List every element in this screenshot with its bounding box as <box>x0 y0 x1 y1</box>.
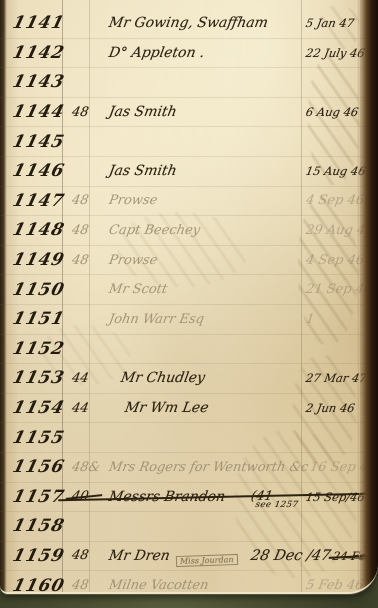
ledger-row: 116048Milne Vacotten5 Feb 46 <box>0 571 378 594</box>
name-cell: Prowse <box>99 253 304 268</box>
ledger-row: 115344Mr Chudley27 Mar 47 <box>0 364 378 394</box>
row-number: 1156 <box>0 457 70 477</box>
row-number: 1160 <box>0 576 70 594</box>
ledger-row: 115740Messrs Brandon(41see 125715 Sep/46 <box>0 483 378 513</box>
name-text: Mr Gowing, Swaffham <box>108 15 270 31</box>
name-cell: Jas Smith <box>99 104 304 120</box>
ledger-row: 1145 <box>0 127 378 157</box>
page-edge-highlight <box>359 0 360 592</box>
name-text: Capt Beechey <box>108 223 202 238</box>
name-cell: D° Appleton . <box>99 45 304 61</box>
ledger-row: 1151John Warr Esq1 <box>0 305 378 335</box>
ref-number: 44 <box>67 401 101 416</box>
ledger-row: 114948Prowse4 Sep 46 <box>0 246 378 276</box>
ref-number: 48 <box>67 253 101 268</box>
ref-number: 48 <box>67 193 101 208</box>
row-number: 1146 <box>0 161 70 181</box>
name-text: Mr Wm Lee <box>124 400 210 416</box>
row-number: 1144 <box>0 102 70 122</box>
ledger-row: 1146Jas Smith15 Aug 46 <box>0 157 378 187</box>
ref-number: 48 <box>67 105 101 120</box>
name-cell: Mr Chudley <box>99 370 304 386</box>
name-cell: Jas Smith <box>99 163 304 179</box>
name-text: Prowse <box>108 193 159 208</box>
name-text: Mr Dren <box>108 548 172 564</box>
ledger-row: 115648&Mrs Rogers for Wentworth &c16 Sep… <box>0 453 378 483</box>
row-number: 1148 <box>0 220 70 240</box>
row-number: 1157 <box>0 487 70 507</box>
row-number: 1153 <box>0 368 70 388</box>
name-text: Mr Chudley <box>120 370 207 386</box>
ledger-row: 1158 <box>0 512 378 542</box>
ref-number: 44 <box>67 371 101 386</box>
name-text: Mrs Rogers for Wentworth &c <box>108 460 310 475</box>
name-text: Messrs Brandon <box>108 489 227 505</box>
ledger-row: 1143 <box>0 68 378 98</box>
name-text: D° Appleton . <box>108 45 206 61</box>
row-number: 1143 <box>0 72 70 92</box>
name-cell: Mr Scott <box>99 282 304 297</box>
row-number: 1145 <box>0 132 70 152</box>
ledger-row: 1152 <box>0 335 378 365</box>
name-cell: Mr Wm Lee <box>99 400 304 416</box>
row-number: 1152 <box>0 339 70 359</box>
ledger-row: 1141Mr Gowing, Swaffham5 Jan 47 <box>0 9 378 39</box>
ref-number: 48 <box>67 548 101 563</box>
ledger-row: 1155 <box>0 423 378 453</box>
ledger-row: 114848Capt Beechey29 Aug 46 <box>0 216 378 246</box>
ref-number: 48& <box>67 460 101 475</box>
row-number: 1147 <box>0 191 70 211</box>
row-number: 1149 <box>0 250 70 270</box>
row-number: 1142 <box>0 43 70 63</box>
name-cell: Capt Beechey <box>99 223 304 238</box>
name-cell: Milne Vacotten <box>99 578 304 593</box>
row-number: 1155 <box>0 428 70 448</box>
name-cell: Messrs Brandon(41see 1257 <box>99 489 304 505</box>
name-cell: Mr Gowing, Swaffham <box>99 15 304 31</box>
row-number: 1159 <box>0 546 70 566</box>
row-number: 1150 <box>0 280 70 300</box>
name-text: Jas Smith <box>108 163 178 179</box>
name-text: Jas Smith <box>108 104 178 120</box>
ledger-row: 115444Mr Wm Lee2 Jun 46 <box>0 394 378 424</box>
ref-number: 48 <box>67 223 101 238</box>
ledger-rows: 1141Mr Gowing, Swaffham5 Jan 471142D° Ap… <box>0 9 378 594</box>
book-edge <box>357 0 378 592</box>
ledger-row: 1142D° Appleton .22 July 46 <box>0 39 378 69</box>
annotation-text: (41see 1257 <box>250 489 274 504</box>
row-number: 1141 <box>0 13 70 33</box>
row-number: 1158 <box>0 516 70 536</box>
ref-number: 40 <box>67 489 101 504</box>
row-number: 1154 <box>0 398 70 418</box>
ledger-row: 1150Mr Scott21 Sep 46 <box>0 275 378 305</box>
boxed-pencil-note: Miss Jourdan <box>176 554 238 567</box>
row-number: 1151 <box>0 309 70 329</box>
ledger-row: 114448Jas Smith6 Aug 46 <box>0 98 378 128</box>
ledger-row: 115948Mr DrenMiss Jourdan28 Dec /4724 Fe… <box>0 542 378 572</box>
name-cell: Mrs Rogers for Wentworth &c <box>99 460 308 475</box>
name-cell: Mr DrenMiss Jourdan28 Dec /47 <box>99 545 331 566</box>
name-cell: Prowse <box>99 193 304 208</box>
name-text: Mr Scott <box>108 282 169 297</box>
ref-number: 48 <box>67 578 101 593</box>
scanned-photo: 1141Mr Gowing, Swaffham5 Jan 471142D° Ap… <box>0 0 378 608</box>
name-text: John Warr Esq <box>108 312 206 327</box>
ledger-page: 1141Mr Gowing, Swaffham5 Jan 471142D° Ap… <box>0 0 378 594</box>
name-text: Milne Vacotten <box>108 578 210 593</box>
inline-date: 28 Dec /47 <box>250 548 333 564</box>
ledger-row: 114748Prowse4 Sep 46 <box>0 187 378 217</box>
name-cell: John Warr Esq <box>99 312 304 327</box>
see-reference-note: see 1257 <box>255 500 300 510</box>
name-text: Prowse <box>108 253 159 268</box>
